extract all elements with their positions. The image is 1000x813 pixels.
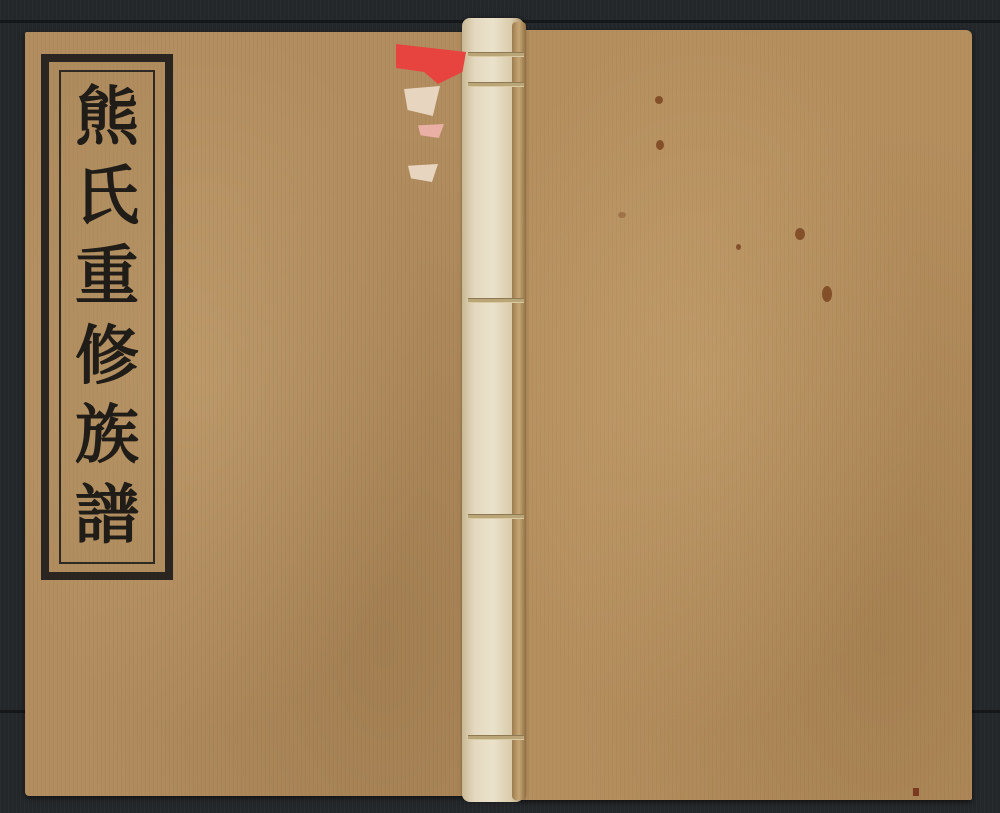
binding-stitch: [468, 514, 524, 519]
binding-stitch: [468, 298, 524, 303]
stain-spot: [618, 212, 626, 218]
title-character: 譜: [75, 480, 139, 552]
stain-spot: [795, 228, 805, 240]
title-label-inner-frame: 熊 氏 重 修 族 譜: [59, 70, 155, 564]
title-character: 修: [75, 321, 139, 393]
stain-spot: [822, 286, 832, 302]
title-character: 氏: [75, 161, 139, 233]
small-red-stamp: [913, 788, 919, 796]
spine-fold: [512, 22, 526, 800]
title-character: 族: [75, 400, 139, 472]
stain-spot: [736, 244, 741, 250]
binding-stitch: [468, 735, 524, 740]
stain-spot: [655, 96, 663, 104]
back-cover-right: [520, 30, 972, 800]
binding-stitch: [468, 82, 524, 87]
title-character: 重: [75, 241, 139, 313]
title-character: 熊: [75, 82, 139, 154]
binding-stitch: [468, 52, 524, 57]
stain-spot: [656, 140, 664, 150]
title-label: 熊 氏 重 修 族 譜: [41, 54, 173, 580]
